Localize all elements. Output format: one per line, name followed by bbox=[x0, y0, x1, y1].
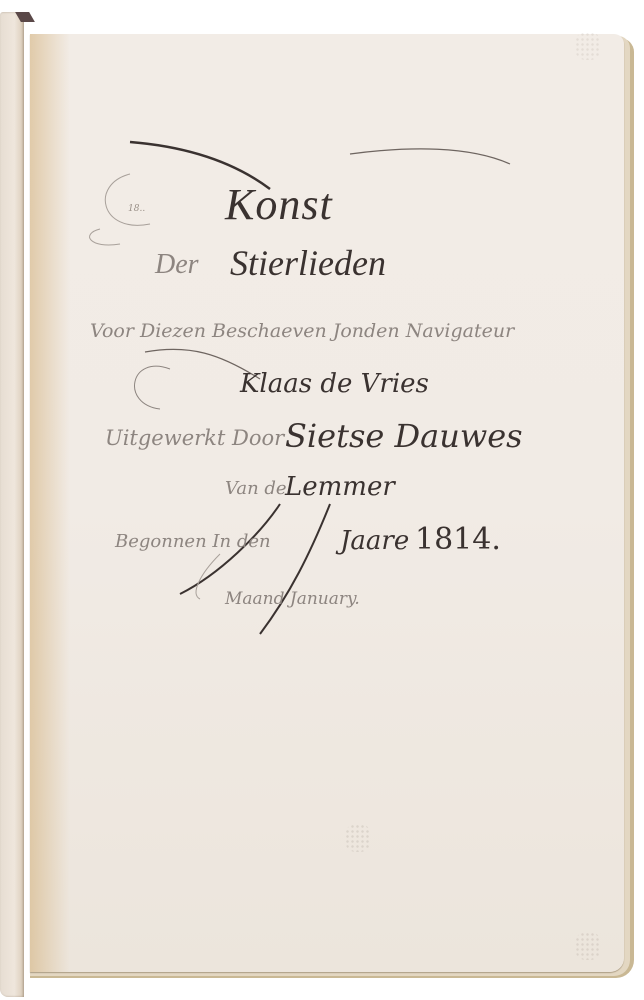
gutter-stain bbox=[30, 34, 70, 972]
manuscript-page: 18.. Konst Der Stierlieden Voor Diezen B… bbox=[30, 34, 624, 972]
dedicatee-name: Klaas de Vries bbox=[240, 369, 429, 399]
year-word: Jaare bbox=[340, 526, 409, 556]
small-annotation: 18.. bbox=[128, 204, 145, 214]
worked-out-by-label: Uitgewerkt Door bbox=[105, 426, 284, 450]
year-value: 1814. bbox=[415, 522, 501, 557]
author-name: Sietse Dauwes bbox=[285, 417, 523, 455]
title-stierlieden: Stierlieden bbox=[230, 242, 386, 284]
dedication-line: Voor Diezen Beschaeven Jonden Navigateur bbox=[90, 320, 514, 342]
faint-top-stamp bbox=[575, 32, 601, 60]
calligraphic-flourishes bbox=[30, 34, 624, 972]
title-konst: Konst bbox=[225, 179, 333, 230]
month-line: Maand January. bbox=[225, 589, 360, 609]
place-name: Lemmer bbox=[285, 472, 395, 502]
begun-label: Begonnen In den bbox=[115, 531, 271, 552]
faint-corner-stamp bbox=[575, 932, 601, 960]
faint-watermark-stamp bbox=[345, 824, 371, 852]
left-page-edge bbox=[0, 12, 24, 997]
title-der: Der bbox=[155, 249, 199, 281]
from-label: Van de bbox=[225, 478, 287, 499]
